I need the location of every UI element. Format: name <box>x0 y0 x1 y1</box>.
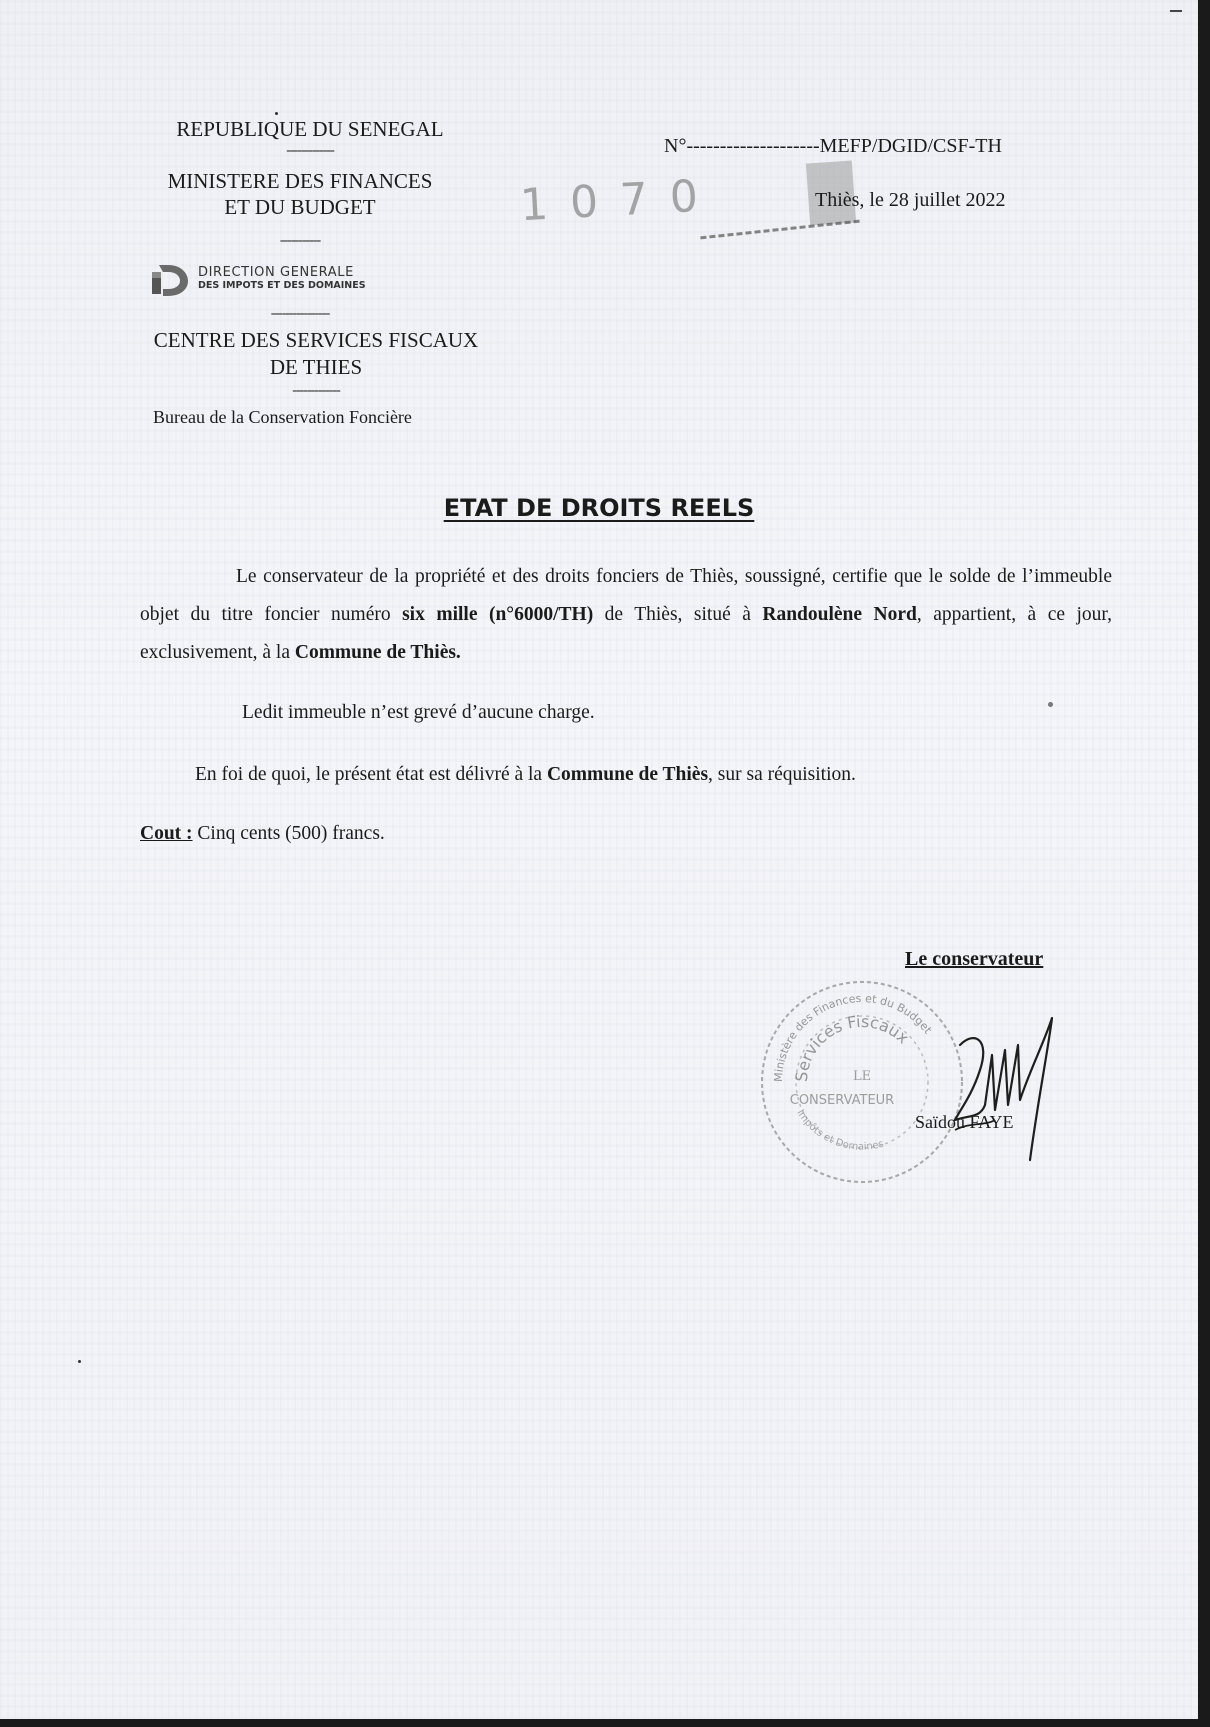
bureau-name: Bureau de la Conservation Foncière <box>153 407 412 428</box>
document-title-text: ETAT DE DROITS REELS <box>444 494 755 522</box>
scan-speck <box>78 1360 81 1363</box>
svg-text:LE: LE <box>853 1069 871 1084</box>
delivery-paragraph: En foi de quoi, le présent état est déli… <box>195 756 1095 794</box>
certification-paragraph: Le conservateur de la propriété et des d… <box>140 558 1112 672</box>
logo-text-line-1: DIRECTION GENERALE <box>198 265 354 280</box>
logo-text-line-2: DES IMPOTS ET DES DOMAINES <box>198 280 366 291</box>
center-name-line-2: DE THIES <box>120 354 512 380</box>
separator: ----------- <box>110 233 490 249</box>
scan-speck <box>275 112 278 115</box>
scanned-document-page: REPUBLIQUE DU SENEGAL ------------- MINI… <box>0 0 1198 1719</box>
scan-speck <box>1170 10 1182 12</box>
dgid-logo-icon <box>150 262 190 298</box>
svg-text:CONSERVATEUR: CONSERVATEUR <box>790 1093 894 1108</box>
stamp-dashed-line <box>700 220 859 240</box>
text: , sur sa réquisition. <box>708 764 856 785</box>
separator: ---------------- <box>110 306 490 322</box>
dgid-logo: DIRECTION GENERALE DES IMPOTS ET DES DOM… <box>150 262 450 298</box>
stamped-registration-number: 1070 <box>519 170 721 231</box>
center-name-line-1: CENTRE DES SERVICES FISCAUX <box>120 327 512 353</box>
scan-speck <box>1048 702 1053 707</box>
ministry-line-1: MINISTERE DES FINANCES <box>110 168 490 194</box>
signatory-title: Le conservateur <box>905 948 1043 971</box>
location: Randoulène Nord <box>762 604 917 625</box>
reference-number: N°--------------------MEFP/DGID/CSF-TH <box>664 135 1002 158</box>
cost-value: Cinq cents (500) francs. <box>193 823 385 844</box>
official-seal-stamp: Ministère des Finances et du Budget Serv… <box>752 972 972 1192</box>
title-number: six mille (n°6000/TH) <box>402 604 593 625</box>
ministry-line-2: ET DU BUDGET <box>110 194 490 220</box>
separator: ------------- <box>120 143 500 159</box>
text: En foi de quoi, le présent état est déli… <box>195 764 547 785</box>
document-date: Thiès, le 28 juillet 2022 <box>815 189 1006 212</box>
svg-text:Impôts et Domaines: Impôts et Domaines <box>794 1108 885 1153</box>
cost-label: Cout : <box>140 823 193 844</box>
separator: ------------- <box>120 383 512 399</box>
recipient: Commune de Thiès <box>547 764 708 785</box>
document-title: ETAT DE DROITS REELS <box>0 494 1198 522</box>
signatory-name: Saïdou FAYE <box>915 1112 1014 1133</box>
cost-line: Cout : Cinq cents (500) francs. <box>140 815 740 853</box>
owner: Commune de Thiès. <box>295 642 461 663</box>
charges-paragraph: Ledit immeuble n’est grevé d’aucune char… <box>242 694 1042 732</box>
country-name: REPUBLIQUE DU SENEGAL <box>120 116 500 142</box>
handwritten-signature <box>950 1010 1060 1170</box>
text: de Thiès, situé à <box>593 604 762 625</box>
